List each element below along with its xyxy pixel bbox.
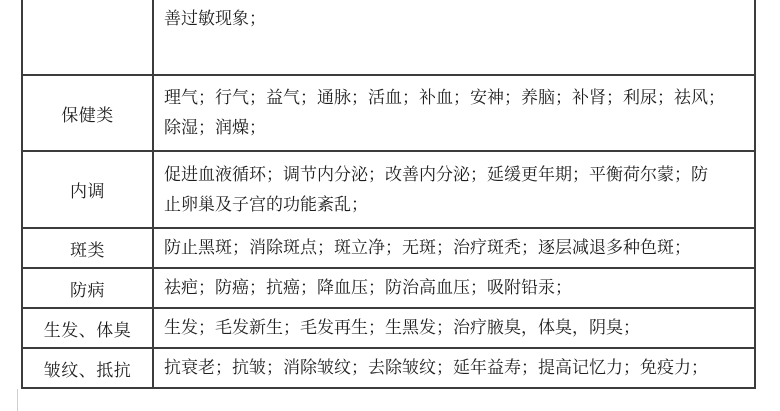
items-cell: 促进血液循环；调节内分泌；改善内分泌；延缓更年期；平衡荷尔蒙；防 止卵巢及子宫的…	[154, 152, 754, 227]
table-row: 生发、体臭生发；毛发新生；毛发再生；生黑发；治疗腋臭，体臭，阴臭；	[23, 307, 754, 347]
items-cell: 善过敏现象；	[154, 0, 754, 74]
table-row: 防病祛疤；防癌；抗癌；降血压；防治高血压；吸附铅汞；	[23, 267, 754, 307]
category-cell: 保健类	[23, 76, 154, 150]
table-row: 内调促进血液循环；调节内分泌；改善内分泌；延缓更年期；平衡荷尔蒙；防 止卵巢及子…	[23, 150, 754, 227]
table-row: 保健类理气；行气；益气；通脉；活血；补血；安神；养脑；补肾；利尿；祛风； 除湿；…	[23, 74, 754, 150]
benefits-table: 善过敏现象；保健类理气；行气；益气；通脉；活血；补血；安神；养脑；补肾；利尿；祛…	[21, 0, 756, 389]
category-cell: 防病	[23, 269, 154, 307]
category-cell: 生发、体臭	[23, 309, 154, 347]
items-cell: 理气；行气；益气；通脉；活血；补血；安神；养脑；补肾；利尿；祛风； 除湿；润燥；	[154, 76, 754, 150]
items-cell: 抗衰老；抗皱；消除皱纹；去除皱纹；延年益寿；提高记忆力；免疫力；	[154, 349, 754, 387]
page-edge-line	[17, 389, 18, 411]
items-cell: 祛疤；防癌；抗癌；降血压；防治高血压；吸附铅汞；	[154, 269, 754, 307]
table-row: 善过敏现象；	[23, 0, 754, 74]
document-page: 善过敏现象；保健类理气；行气；益气；通脉；活血；补血；安神；养脑；补肾；利尿；祛…	[0, 0, 780, 411]
items-cell: 生发；毛发新生；毛发再生；生黑发；治疗腋臭，体臭，阴臭；	[154, 309, 754, 347]
category-cell	[23, 0, 154, 74]
items-cell: 防止黑斑；消除斑点；斑立净；无斑；治疗斑秃；逐层减退多种色斑；	[154, 229, 754, 267]
category-cell: 皱纹、抵抗	[23, 349, 154, 387]
table-row: 皱纹、抵抗抗衰老；抗皱；消除皱纹；去除皱纹；延年益寿；提高记忆力；免疫力；	[23, 347, 754, 387]
category-cell: 内调	[23, 152, 154, 227]
table-row: 斑类防止黑斑；消除斑点；斑立净；无斑；治疗斑秃；逐层减退多种色斑；	[23, 227, 754, 267]
category-cell: 斑类	[23, 229, 154, 267]
